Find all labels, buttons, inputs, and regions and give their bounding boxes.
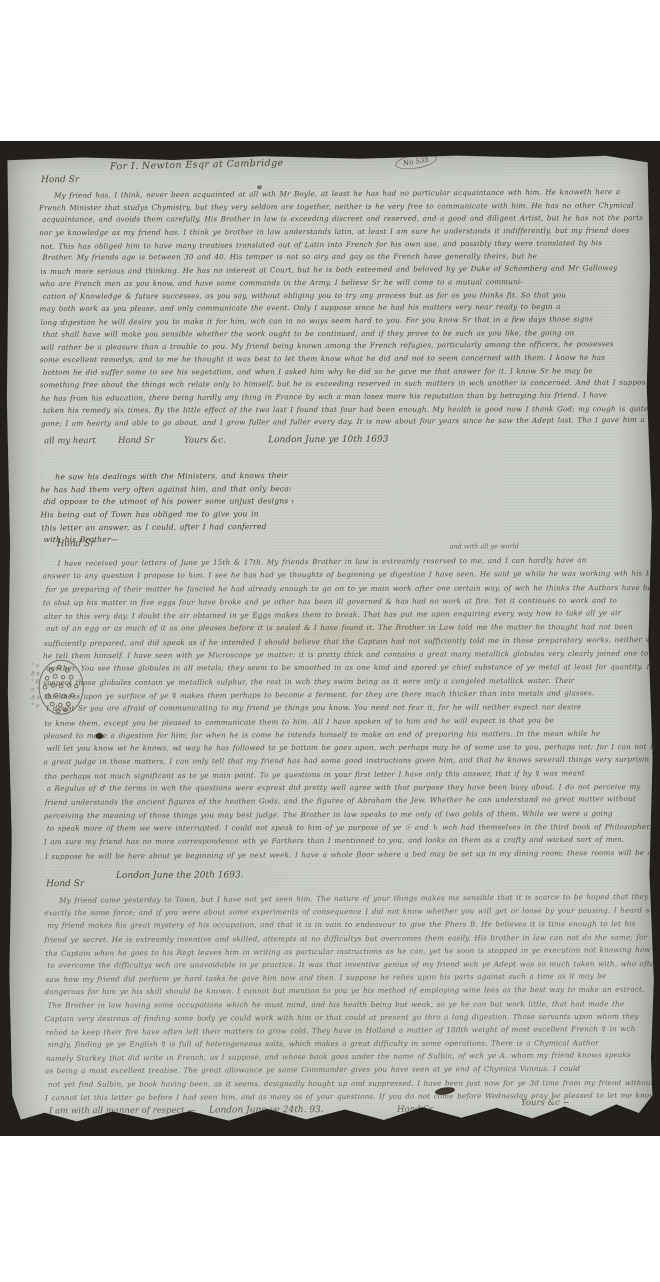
manuscript-line: dangerous for him ye his skill should be… (44, 983, 650, 999)
letter2-margin-note: and with all ye world (450, 542, 519, 550)
letter3-dateline: London June ye 24th. 93. (209, 1105, 324, 1116)
folio-stamp: No 535 (394, 151, 438, 172)
manuscript-line: did oppose to the utmost of his power so… (43, 496, 293, 509)
manuscript-line: His being out of Town has obliged me to … (40, 508, 290, 522)
manuscript-photo-scan: For I. Newton Esqr at Cambridge No 535 H… (0, 141, 660, 1136)
letter1-dateline: London June ye 10th 1693 (268, 435, 388, 446)
letter3-signature: Yours &c ∼ (521, 1098, 570, 1108)
address-line: For I. Newton Esqr at Cambridge (110, 158, 284, 173)
letter3-salutation: Hond Sr (46, 879, 84, 889)
manuscript-paper: For I. Newton Esqr at Cambridge No 535 H… (5, 154, 655, 1130)
letter2-dateline-row: London June the 20th 1693. (8, 869, 654, 872)
letter1-body: My friend has, I think, never been acqua… (39, 187, 646, 431)
ink-blot (95, 733, 103, 739)
letter1-closing-fragment: all my heart (44, 436, 96, 446)
letter1-salutation: Hond Sr (41, 175, 79, 185)
ink-blot (257, 185, 262, 189)
letter1-signature-row: all my heart Hond Sr Yours &c. London Ju… (6, 434, 652, 437)
page: { "colors": { "photo_background": "#221f… (0, 0, 660, 1282)
letter1-signature: Yours &c. (184, 435, 226, 445)
globules-sketch-icon (37, 658, 85, 716)
letter2-dateline: London June the 20th 1693. (116, 870, 244, 881)
manuscript-line: gone; I am hearty and able to go about, … (41, 414, 647, 431)
letter1-closing-salute: Hond Sr (118, 436, 154, 446)
letter2-body: I have received your letters of June ye … (43, 554, 650, 862)
letter3-closing-salute: Hond Sr (397, 1105, 433, 1115)
letter3-signature-row: I am with all manner of respect — London… (9, 1104, 655, 1107)
letter3-closing: I am with all manner of respect — (49, 1106, 196, 1117)
letter2-salutation: Hond Sr (57, 539, 95, 549)
letter3-body: My friend came yesterday to Town, but I … (44, 891, 651, 1105)
postscript-block: he saw his dealings with the Ministers, … (40, 470, 290, 547)
